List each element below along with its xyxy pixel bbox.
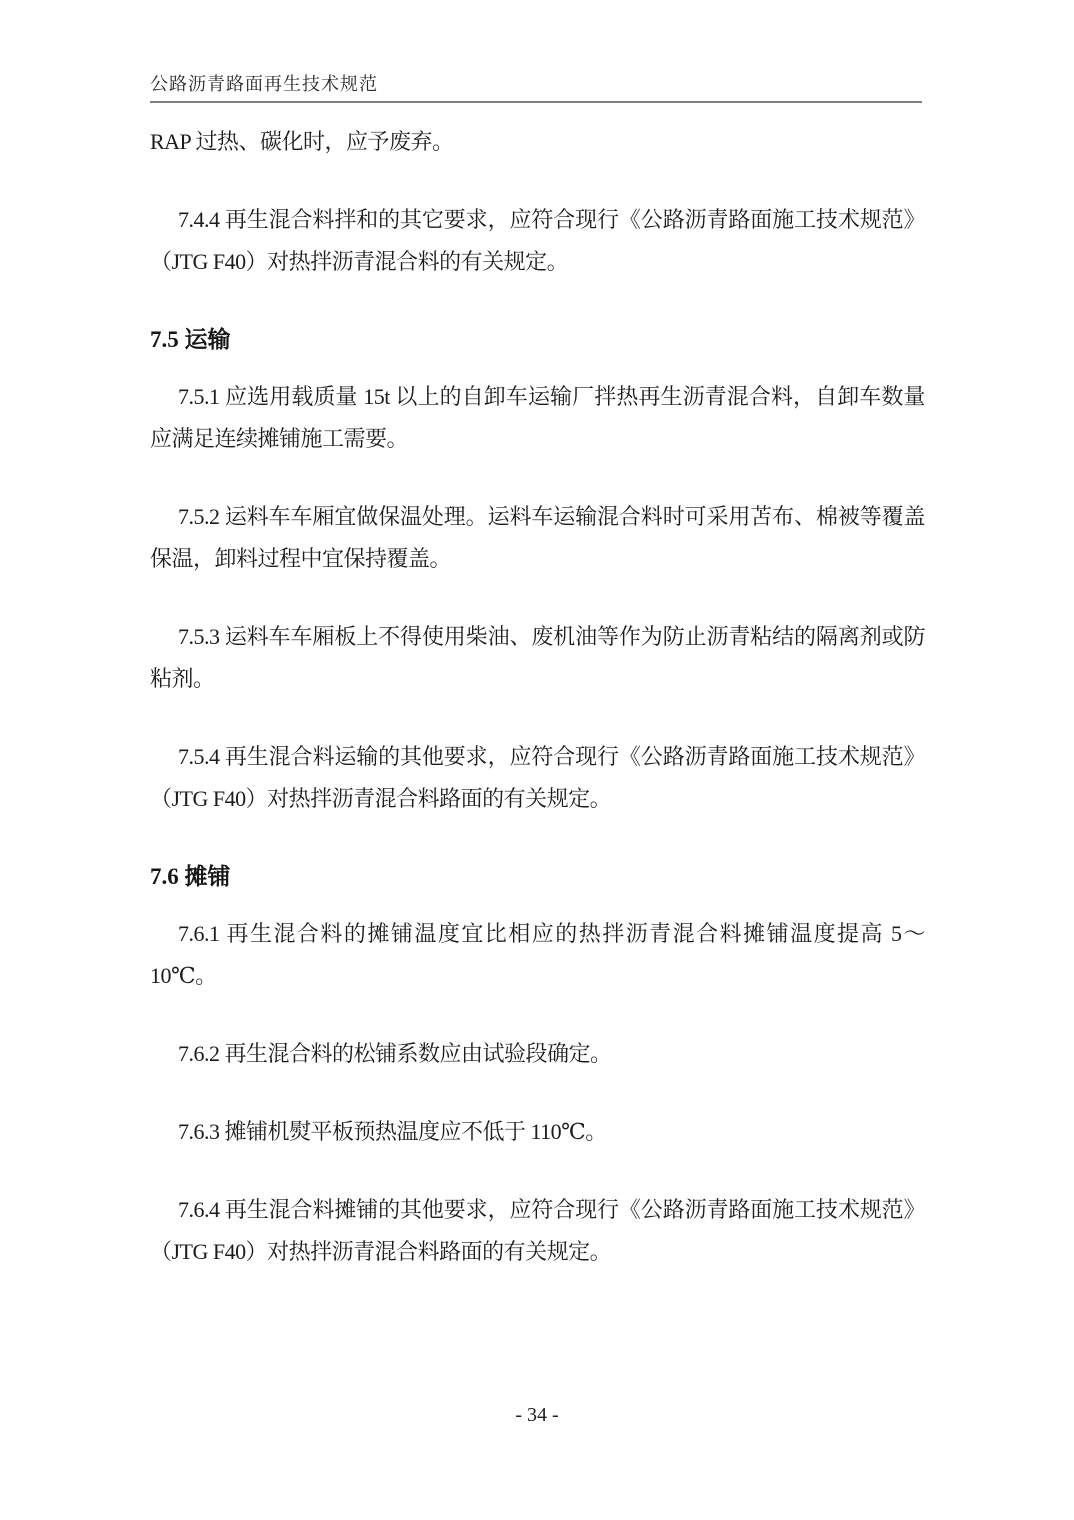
page-footer: - 34 - [0, 1403, 1074, 1427]
clause-7-5-1: 7.5.1 应选用载质量 15t 以上的自卸车运输厂拌热再生沥青混合料，自卸车数… [150, 376, 925, 460]
running-header: 公路沥青路面再生技术规范 [150, 74, 922, 103]
section-heading-7-6: 7.6 摊铺 [150, 856, 925, 898]
clause-7-6-1: 7.6.1 再生混合料的摊铺温度宜比相应的热拌沥青混合料摊铺温度提高 5～10℃… [150, 913, 925, 997]
document-page: 公路沥青路面再生技术规范 RAP 过热、碳化时，应予废弃。 7.4.4 再生混合… [0, 0, 1074, 1520]
clause-7-5-2: 7.5.2 运料车车厢宜做保温处理。运料车运输混合料时可采用苫布、棉被等覆盖保温… [150, 496, 925, 580]
clause-7-6-2: 7.6.2 再生混合料的松铺系数应由试验段确定。 [150, 1033, 925, 1075]
clause-7-6-3: 7.6.3 摊铺机熨平板预热温度应不低于 110℃。 [150, 1111, 925, 1153]
running-header-title: 公路沥青路面再生技术规范 [150, 74, 378, 94]
clause-7-5-3: 7.5.3 运料车车厢板上不得使用柴油、废机油等作为防止沥青粘结的隔离剂或防粘剂… [150, 616, 925, 700]
clause-7-6-4: 7.6.4 再生混合料摊铺的其他要求，应符合现行《公路沥青路面施工技术规范》（J… [150, 1189, 925, 1273]
document-body: RAP 过热、碳化时，应予废弃。 7.4.4 再生混合料拌和的其它要求，应符合现… [150, 121, 925, 1309]
clause-7-5-4: 7.5.4 再生混合料运输的其他要求，应符合现行《公路沥青路面施工技术规范》（J… [150, 736, 925, 820]
page-number: - 34 - [515, 1404, 558, 1426]
clause-7-4-4: 7.4.4 再生混合料拌和的其它要求，应符合现行《公路沥青路面施工技术规范》（J… [150, 199, 925, 283]
section-heading-7-5: 7.5 运输 [150, 319, 925, 361]
paragraph-rap-continuation: RAP 过热、碳化时，应予废弃。 [150, 121, 925, 163]
